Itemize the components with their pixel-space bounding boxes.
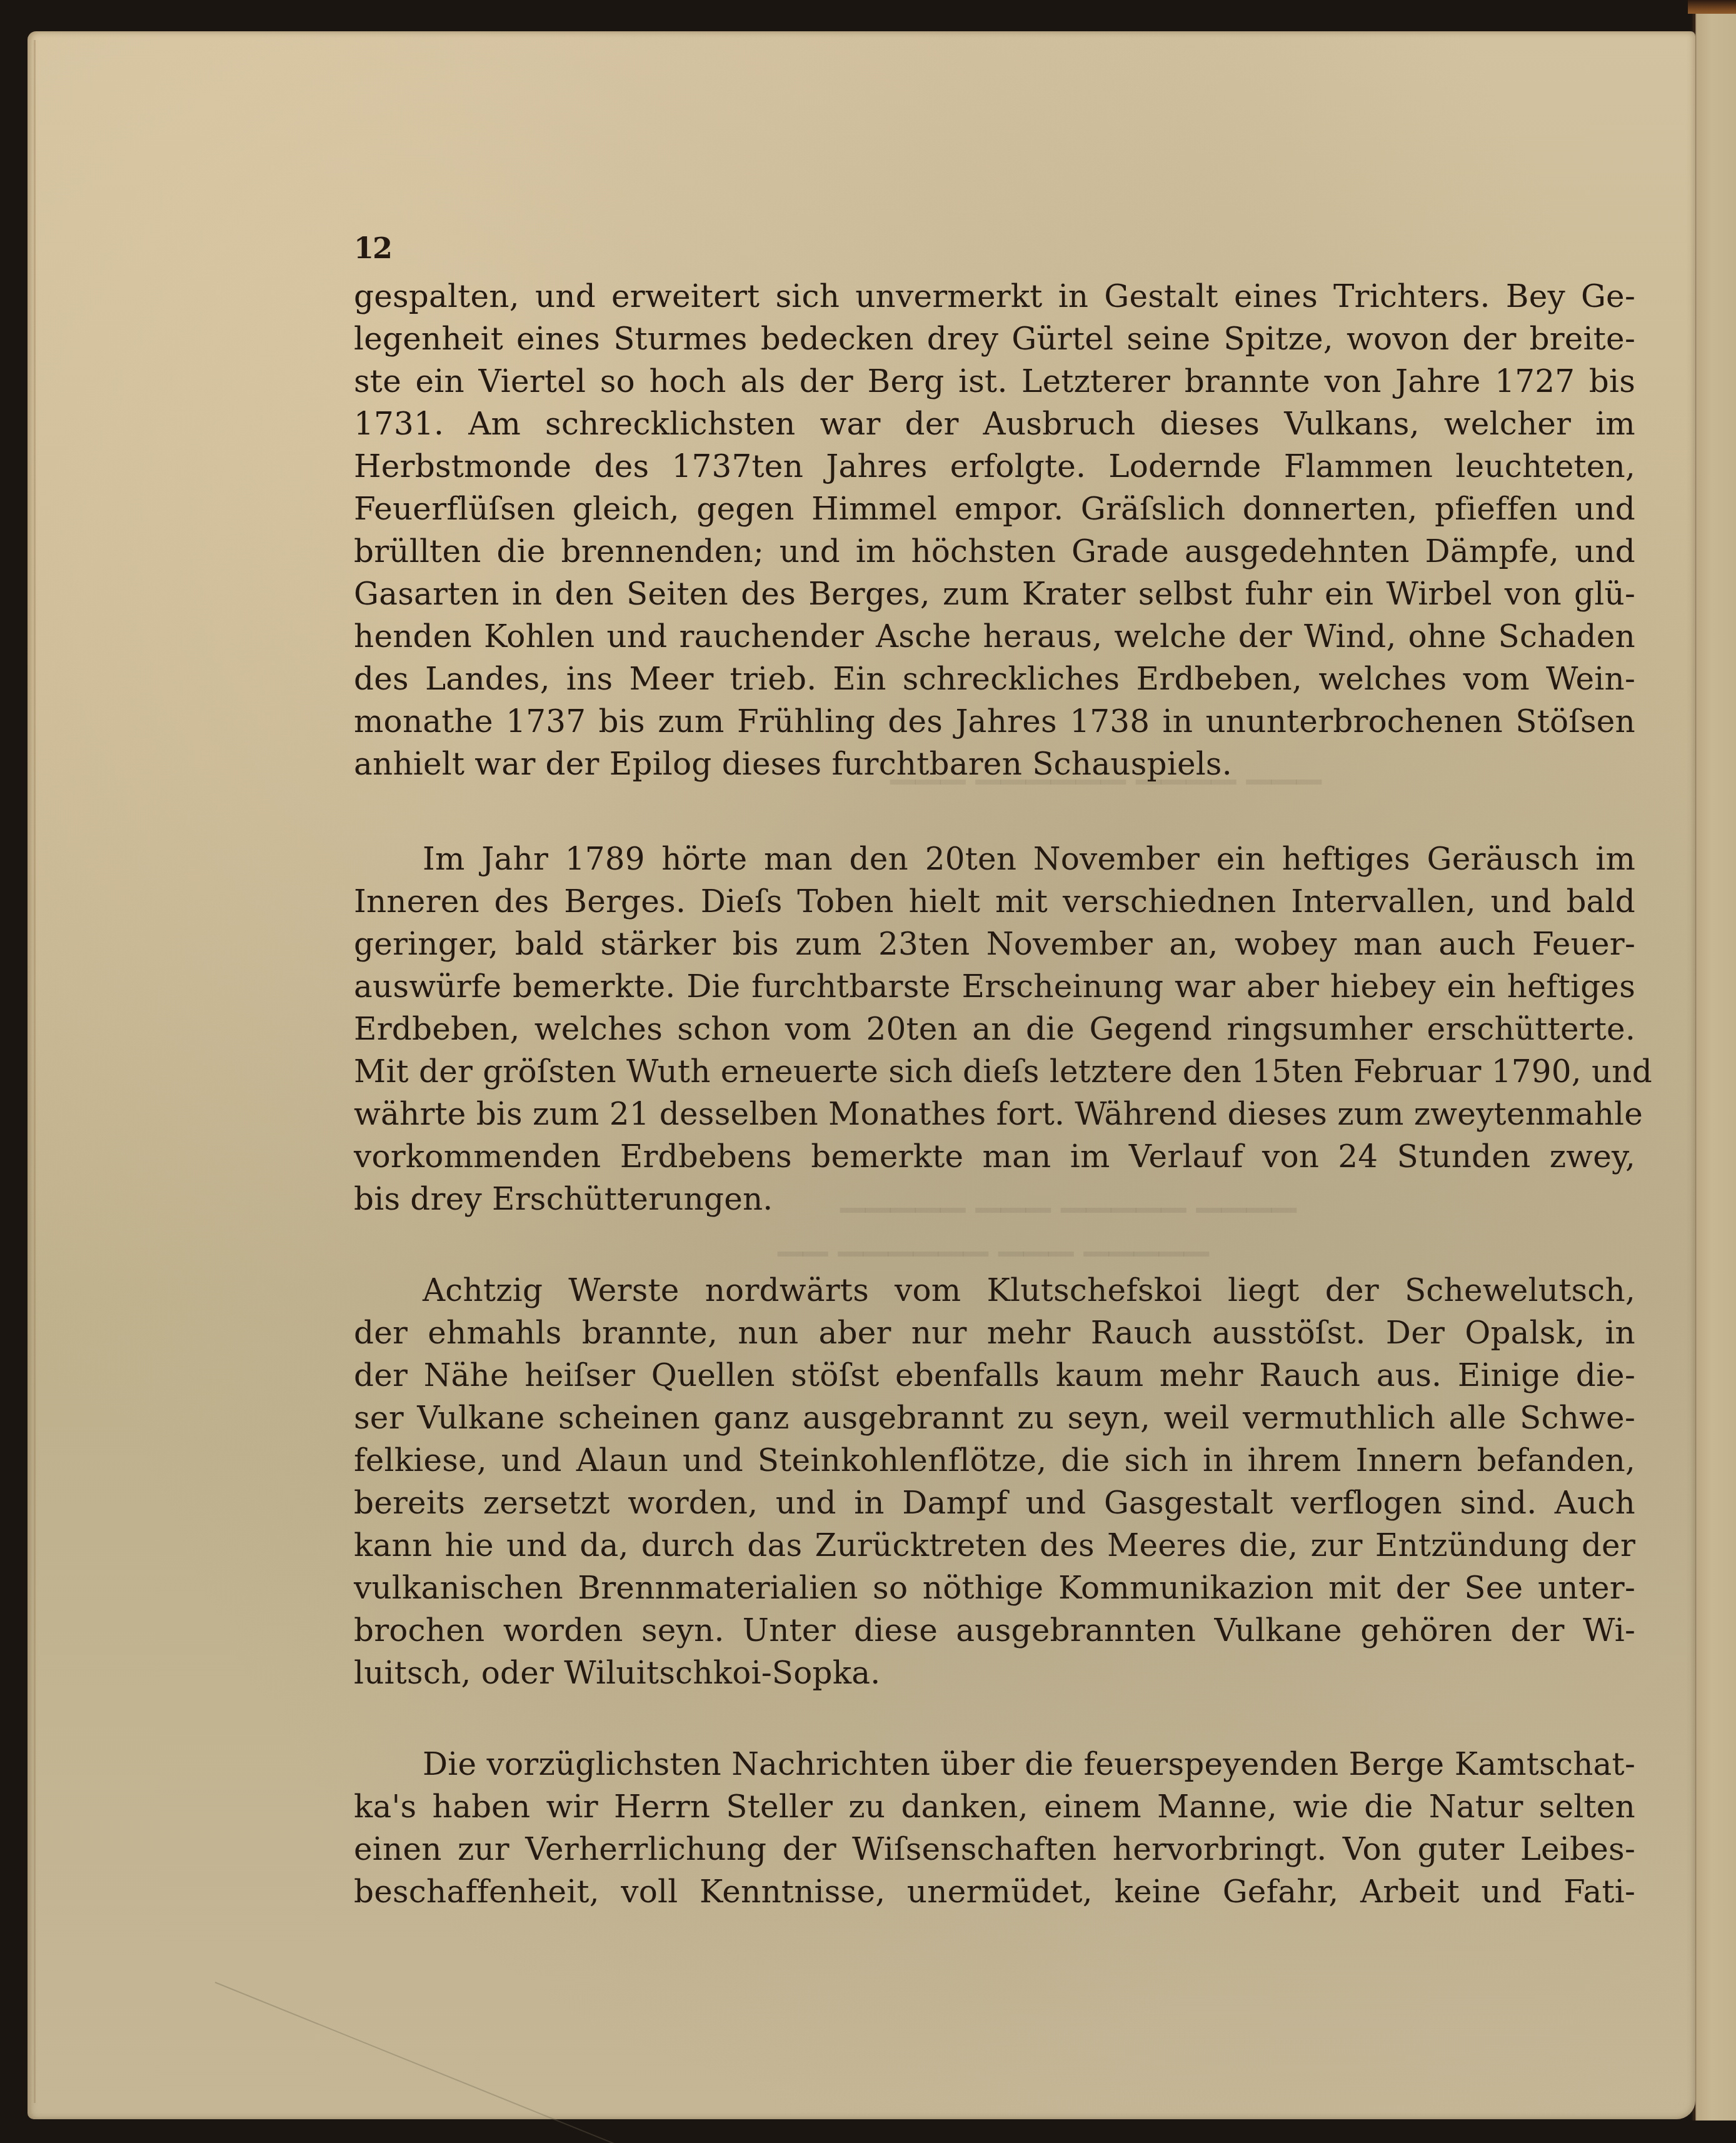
text-line: bereits zersetzt worden, und in Dampf un… bbox=[354, 1482, 1635, 1524]
text-line: Gasarten in den Seiten des Berges, zum K… bbox=[354, 573, 1635, 615]
text-line: ser Vulkane scheinen ganz ausgebrannt zu… bbox=[354, 1397, 1635, 1439]
bleed-through-ghost: ▁▁▁▁▁ ▁▁▁ ▁▁▁▁▁▁ ▁▁ bbox=[778, 1219, 1208, 1257]
text-line: henden Kohlen und rauchender Asche herau… bbox=[354, 615, 1635, 658]
text-line: Mit der gröſsten Wuth erneuerte sich die… bbox=[354, 1050, 1635, 1093]
text-line: anhielt war der Epilog dieses furchtbare… bbox=[354, 743, 1635, 785]
text-line: Achtzig Werste nordwärts vom Klutschefsk… bbox=[354, 1269, 1635, 1312]
book-cover-edge bbox=[1688, 0, 1736, 14]
text-line: 1731. Am schrecklichsten war der Ausbruc… bbox=[354, 403, 1635, 445]
text-line: monathe 1737 bis zum Frühling des Jahres… bbox=[354, 700, 1635, 743]
book-page: ▁▁▁ ▁▁▁▁ ▁▁▁▁▁▁ ▁▁▁ ▁▁▁▁ ▁▁▁▁▁ ▁▁▁ ▁▁▁▁▁… bbox=[28, 31, 1695, 2119]
text-line: brüllten die brennenden; und im höchsten… bbox=[354, 530, 1635, 573]
text-line: vorkommenden Erdbebens bemerkte man im V… bbox=[354, 1135, 1635, 1178]
text-line: des Landes, ins Meer trieb. Ein schreckl… bbox=[354, 658, 1635, 700]
text-line: luitsch, oder Wiluitschkoi-Sopka. bbox=[354, 1652, 1635, 1694]
text-line: brochen worden seyn. Unter diese ausgebr… bbox=[354, 1609, 1635, 1652]
text-line: geringer, bald stärker bis zum 23ten Nov… bbox=[354, 923, 1635, 965]
text-line: ste ein Viertel so hoch als der Berg ist… bbox=[354, 360, 1635, 403]
text-line: Im Jahr 1789 hörte man den 20ten Novembe… bbox=[354, 838, 1635, 880]
text-line: währte bis zum 21 desselben Monathes for… bbox=[354, 1093, 1635, 1135]
text-line: gespalten, und erweitert sich unvermerkt… bbox=[354, 275, 1635, 318]
text-line: bis drey Erschütterungen. bbox=[354, 1178, 1635, 1220]
text-line: der ehmahls brannte, nun aber nur mehr R… bbox=[354, 1312, 1635, 1354]
text-line: felkiese, und Alaun und Steinkohlenflötz… bbox=[354, 1439, 1635, 1482]
text-line: auswürfe bemerkte. Die furchtbarste Ersc… bbox=[354, 965, 1635, 1008]
facing-page-edge bbox=[1695, 14, 1736, 2120]
text-line: Inneren des Berges. Dieſs Toben hielt mi… bbox=[354, 880, 1635, 923]
text-line: Herbstmonde des 1737ten Jahres erfolgte.… bbox=[354, 445, 1635, 488]
text-line: legenheit eines Sturmes bedecken drey Gü… bbox=[354, 318, 1635, 360]
page-edge-shadow bbox=[34, 40, 36, 2103]
text-line: der Nähe heiſser Quellen stöſst ebenfall… bbox=[354, 1354, 1635, 1397]
text-line: Die vorzüglichsten Nachrichten über die … bbox=[354, 1743, 1635, 1785]
text-line: Feuerflüſsen gleich, gegen Himmel empor.… bbox=[354, 488, 1635, 530]
text-line: ka's haben wir Herrn Steller zu danken, … bbox=[354, 1785, 1635, 1828]
text-line: vulkanischen Brennmaterialien so nöthige… bbox=[354, 1567, 1635, 1609]
text-line: einen zur Verherrlichung der Wiſsenschaf… bbox=[354, 1828, 1635, 1870]
text-line: beschaffenheit, voll Kenntnisse, unermüd… bbox=[354, 1870, 1635, 1913]
text-line: kann hie und da, durch das Zurücktreten … bbox=[354, 1524, 1635, 1567]
page-number: 12 bbox=[354, 231, 391, 265]
paper-crease bbox=[215, 1982, 621, 2143]
text-line: Erdbeben, welches schon vom 20ten an die… bbox=[354, 1008, 1635, 1050]
